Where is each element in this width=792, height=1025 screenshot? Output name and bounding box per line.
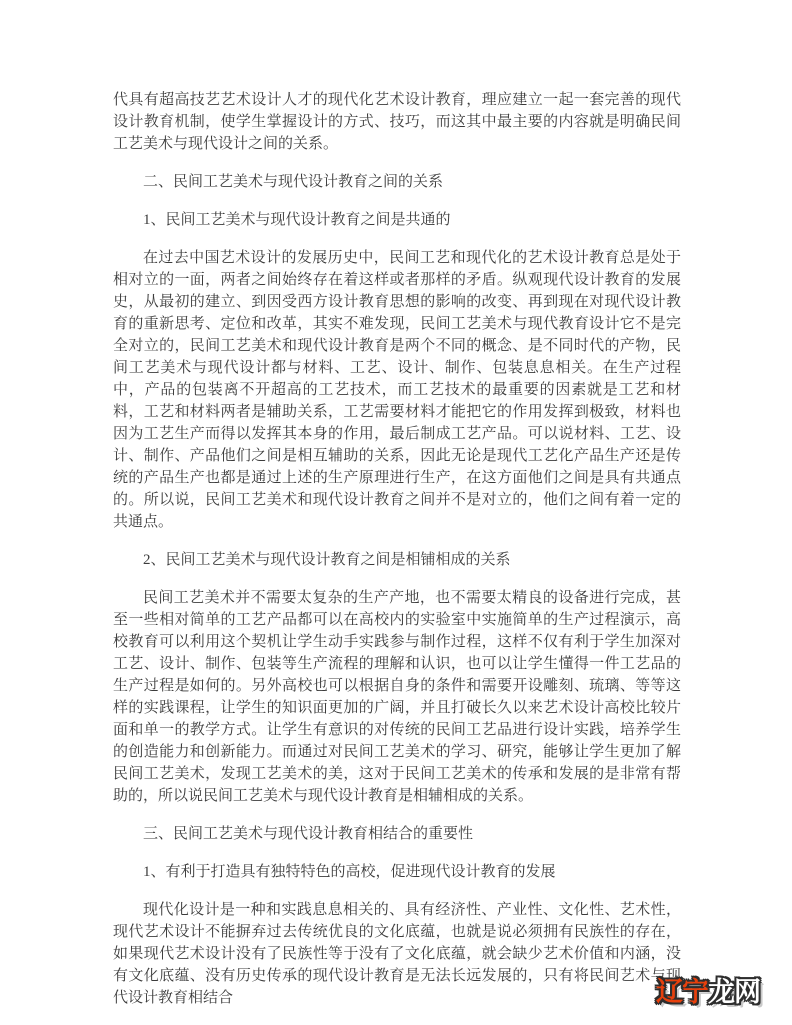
section-heading-2: 二、民间工艺美术与现代设计教育之间的关系: [113, 171, 681, 193]
site-watermark: 辽宁龙网: [656, 977, 760, 1007]
sub-heading-2-2: 2、民间工艺美术与现代设计教育之间是相铺相成的关系: [113, 549, 681, 571]
section-heading-3: 三、民间工艺美术与现代设计教育相结合的重要性: [113, 823, 681, 845]
sub-heading-2-1: 1、民间工艺美术与现代设计教育之间是共通的: [113, 209, 681, 231]
sub-heading-3-1: 1、有利于打造具有独特特色的高校，促进现代设计教育的发展: [113, 861, 681, 883]
watermark-text-white: 龙网: [708, 977, 760, 1007]
paragraph: 在过去中国艺术设计的发展历史中，民间工艺和现代化的艺术设计教育总是处于相对立的一…: [113, 247, 681, 533]
document-page: 代具有超高技艺艺术设计人才的现代化艺术设计教育，理应建立一起一套完善的现代设计教…: [0, 0, 792, 1025]
watermark-text-red: 辽宁: [656, 977, 708, 1007]
article-body: 代具有超高技艺艺术设计人才的现代化艺术设计教育，理应建立一起一套完善的现代设计教…: [113, 89, 681, 1025]
paragraph: 民间工艺美术并不需要太复杂的生产产地，也不需要太精良的设备进行完成，甚至一些相对…: [113, 587, 681, 807]
paragraph-continuation: 代具有超高技艺艺术设计人才的现代化艺术设计教育，理应建立一起一套完善的现代设计教…: [113, 89, 681, 155]
paragraph: 现代化设计是一种和实践息息相关的、具有经济性、产业性、文化性、艺术性，现代艺术设…: [113, 899, 681, 1009]
